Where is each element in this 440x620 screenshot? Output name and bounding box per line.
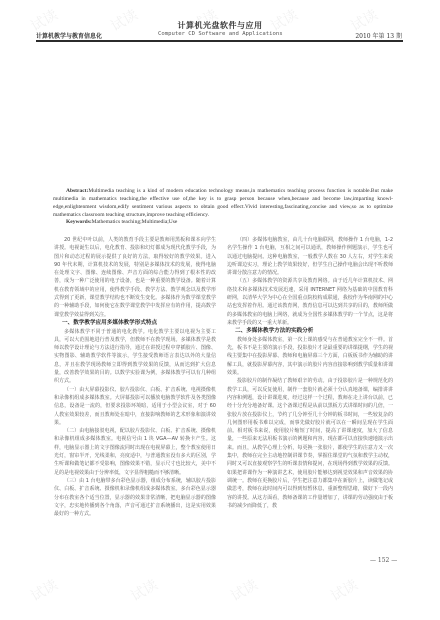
paragraph: 教师身处多媒体教室，第一次上课的感受与在普通教室完全不一样。首先，板书不是主要的…	[227, 336, 393, 377]
paragraph: （三）由 1 台电脑带多台彩色显示器，组成分布系统，辅以胶片投影仪、白板、扩音系…	[54, 477, 216, 518]
paragraph: 20 世纪中叶以前，人类的教育手段主要是教师用黑板和课本向学生讲授。电视诞生以后…	[54, 236, 216, 319]
paragraph: （五）多媒体教学的资源共享及教育网络。由于近几年计算机技术、网络技术和多媒体技术…	[227, 277, 393, 327]
paragraph: （二）由电脑接驳电视，配以胶片投影仪、白板、扩音系统、摄像机和录像机组成多媒体教…	[54, 427, 216, 477]
abstract-label: Abstract:	[66, 188, 88, 194]
section-name: 计算机教学与教育信息化	[36, 31, 102, 40]
keywords: Keywords:Mathematics teaching;Multimedia…	[66, 219, 177, 225]
abstract: Abstract:Multimedia teaching is a kind o…	[53, 187, 393, 219]
header-rule	[36, 40, 403, 42]
watermark: 试读	[227, 574, 261, 605]
watermark: 试读	[327, 574, 361, 605]
journal-title: 计算机光盘软件与应用	[0, 20, 440, 31]
section-heading: 一、数学教学应用多媒体教学形式特点	[54, 319, 216, 328]
page-number: — 152 —	[370, 557, 397, 564]
paragraph: （一）由大屏幕投影仪、胶片投影仪、白板、扩音系统、电视摄像机和录像机组成多媒体教…	[54, 386, 216, 427]
issue-label: 2010 年第 13 期	[355, 31, 402, 40]
watermark: 试读	[127, 574, 161, 605]
keywords-text: Mathematics teaching;Multimedia;Use	[92, 219, 178, 225]
right-column: （四）多媒体电脑教室，由几十台电脑联网，教师操作 1 台电脑，1-2 名学生操作…	[227, 236, 393, 510]
journal-english-title: Computer CD Software and Applications	[158, 31, 283, 37]
paragraph: 多媒体教学不同于普通的电化教学。电化教学主要以电视为主要工具，可以大范围地进行普…	[54, 328, 216, 386]
section-heading: 二、多媒体教学方法的实践分析	[227, 327, 393, 336]
left-column: 20 世纪中叶以前，人类的教育手段主要是教师用黑板和课本向学生讲授。电视诞生以后…	[54, 236, 216, 518]
watermark: 试读	[27, 574, 61, 605]
keywords-label: Keywords:	[66, 219, 92, 225]
abstract-text: Multimedia teaching is a kind of modern …	[53, 188, 393, 218]
paragraph: 投影胶片的制作凝结了教师艰辛的劳动。由于投影胶片是一种规范化的教学工具，可以反复…	[227, 377, 393, 510]
paragraph: （四）多媒体电脑教室，由几十台电脑联网，教师操作 1 台电脑，1-2 名学生操作…	[227, 236, 393, 277]
